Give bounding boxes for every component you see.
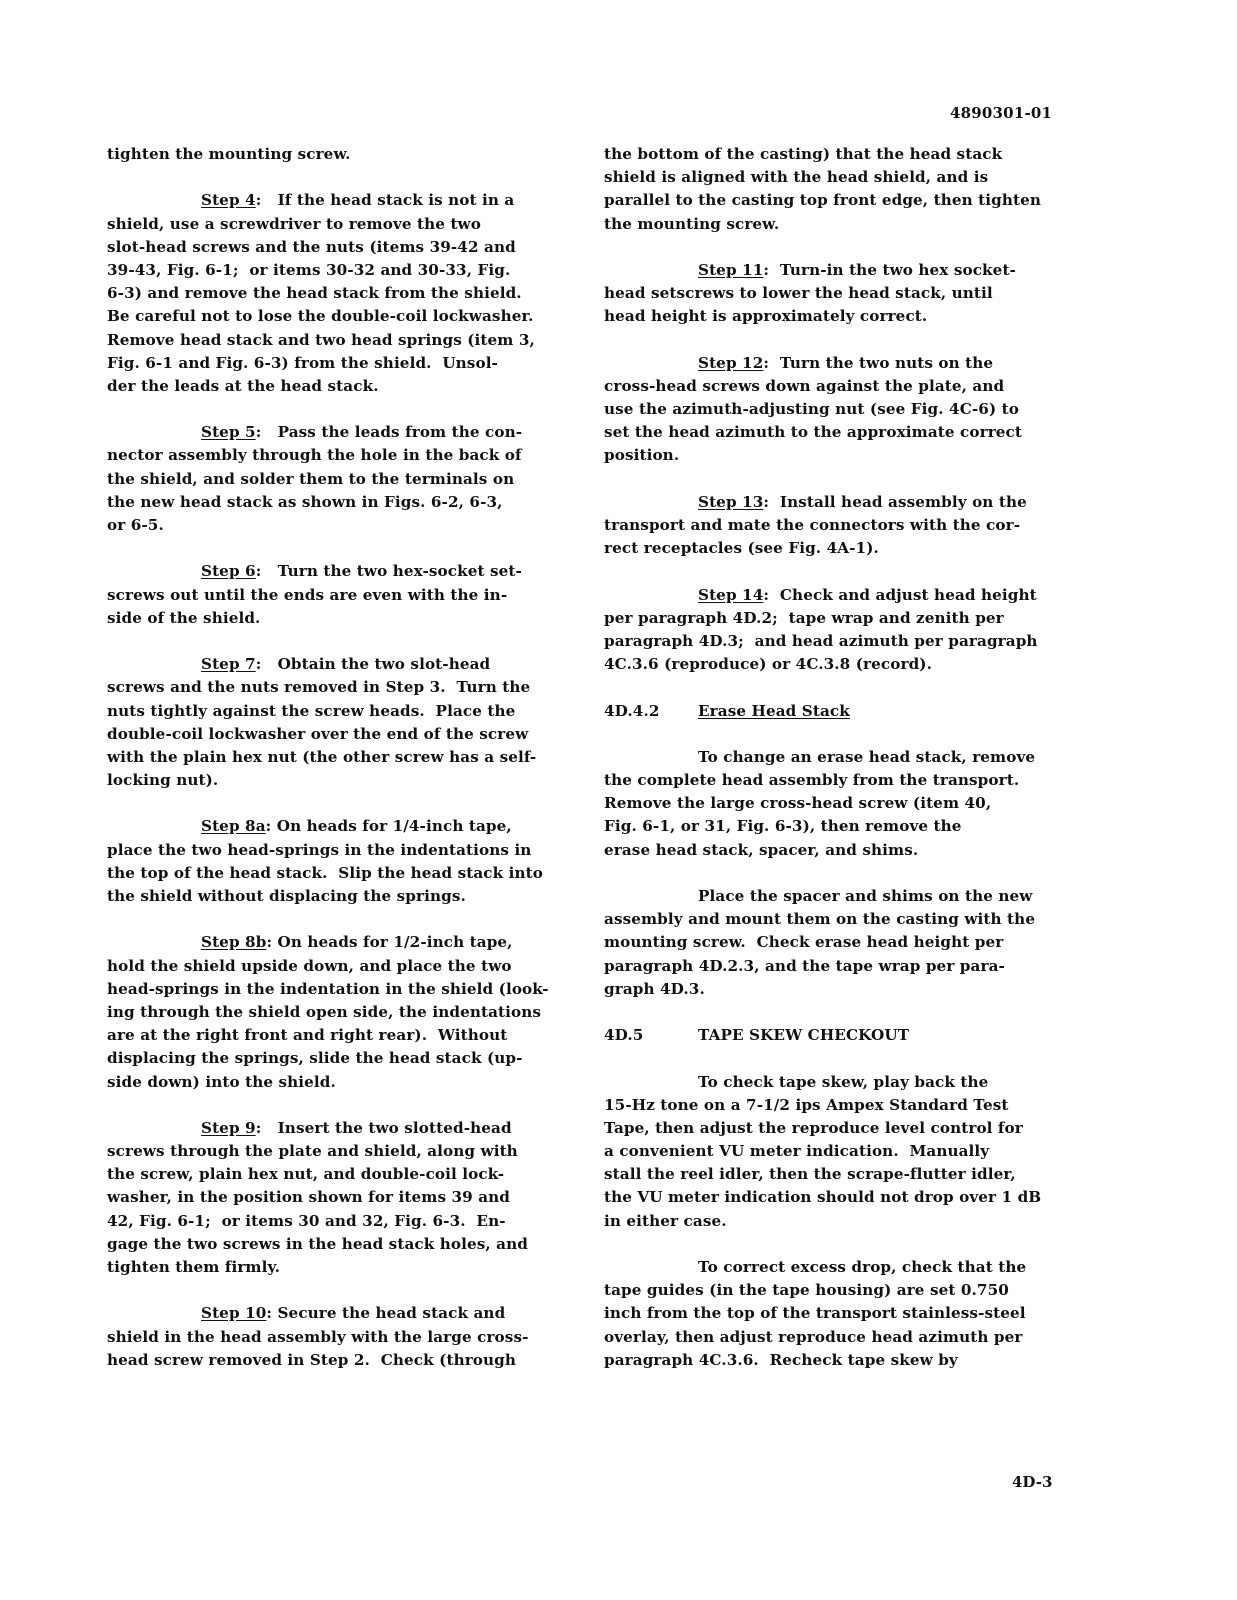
text-line: screws out until the ends are even with … <box>107 584 577 607</box>
text-line: Step 8a: On heads for 1/4-inch tape, <box>107 815 577 838</box>
step-label: Step 4 <box>201 191 256 209</box>
paragraph-gap <box>604 329 1064 352</box>
step-label: Step 6 <box>201 562 256 580</box>
text-line: the screw, plain hex nut, and double-coi… <box>107 1163 577 1186</box>
paragraph-gap <box>107 630 577 653</box>
text-line: To change an erase head stack, remove <box>604 746 1064 769</box>
paragraph-gap <box>107 537 577 560</box>
text-line: use the azimuth-adjusting nut (see Fig. … <box>604 398 1064 421</box>
step-label: Step 7 <box>201 655 256 673</box>
text-run: Place the spacer and shims on the new <box>698 887 1032 905</box>
paragraph: Step 12: Turn the two nuts on thecross-h… <box>604 352 1064 468</box>
step-label: Step 11 <box>698 261 763 279</box>
text-run: To check tape skew, play back the <box>698 1073 988 1091</box>
paragraph-gap <box>107 792 577 815</box>
text-line: To correct excess drop, check that the <box>604 1256 1064 1279</box>
text-run: : Install head assembly on the <box>763 493 1026 511</box>
text-line: inch from the top of the transport stain… <box>604 1302 1064 1325</box>
step-label: Step 12 <box>698 354 763 372</box>
paragraph: Step 5: Pass the leads from the con-nect… <box>107 421 577 537</box>
left-column: tighten the mounting screw.Step 4: If th… <box>107 143 577 1372</box>
step-label: Step 8a <box>201 817 266 835</box>
paragraph: Step 4: If the head stack is not in ashi… <box>107 189 577 398</box>
paragraph: To correct excess drop, check that theta… <box>604 1256 1064 1372</box>
text-line: side of the shield. <box>107 607 577 630</box>
text-line: locking nut). <box>107 769 577 792</box>
text-line: the mounting screw. <box>604 213 1064 236</box>
paragraph-gap <box>604 862 1064 885</box>
text-line: Tape, then adjust the reproduce level co… <box>604 1117 1064 1140</box>
section-number: 4D.5 <box>604 1024 698 1047</box>
step-label: Step 13 <box>698 493 763 511</box>
step-label: Step 14 <box>698 586 763 604</box>
text-line: per paragraph 4D.2; tape wrap and zenith… <box>604 607 1064 630</box>
text-line: head setscrews to lower the head stack, … <box>604 282 1064 305</box>
text-line: or 6-5. <box>107 514 577 537</box>
text-line: stall the reel idler, then the scrape-fl… <box>604 1163 1064 1186</box>
text-run: : Obtain the two slot-head <box>256 655 491 673</box>
text-run: : Turn the two nuts on the <box>763 354 993 372</box>
text-line: the top of the head stack. Slip the head… <box>107 862 577 885</box>
section-title: Erase Head Stack <box>698 702 850 720</box>
paragraph: tighten the mounting screw. <box>107 143 577 166</box>
section-heading: 4D.5TAPE SKEW CHECKOUT <box>604 1024 1064 1047</box>
paragraph: the bottom of the casting) that the head… <box>604 143 1064 236</box>
text-line: nector assembly through the hole in the … <box>107 444 577 467</box>
text-line: tape guides (in the tape housing) are se… <box>604 1279 1064 1302</box>
paragraph-gap <box>604 468 1064 491</box>
text-line: Place the spacer and shims on the new <box>604 885 1064 908</box>
step-label: Step 5 <box>201 423 256 441</box>
paragraph-gap <box>107 166 577 189</box>
section-heading: 4D.4.2Erase Head Stack <box>604 700 1064 723</box>
text-run: : Pass the leads from the con- <box>256 423 522 441</box>
text-line: double-coil lockwasher over the end of t… <box>107 723 577 746</box>
paragraph-gap <box>604 1233 1064 1256</box>
heading-line: 4D.4.2Erase Head Stack <box>604 700 1064 723</box>
text-line: tighten the mounting screw. <box>107 143 577 166</box>
text-line: Remove head stack and two head springs (… <box>107 329 577 352</box>
paragraph-gap <box>107 398 577 421</box>
text-line: gage the two screws in the head stack ho… <box>107 1233 577 1256</box>
text-line: 4C.3.6 (reproduce) or 4C.3.8 (record). <box>604 653 1064 676</box>
paragraph: To change an erase head stack, removethe… <box>604 746 1064 862</box>
text-line: Step 9: Insert the two slotted-head <box>107 1117 577 1140</box>
text-line: the bottom of the casting) that the head… <box>604 143 1064 166</box>
paragraph-gap <box>107 1094 577 1117</box>
text-line: the new head stack as shown in Figs. 6-2… <box>107 491 577 514</box>
text-line: head screw removed in Step 2. Check (thr… <box>107 1349 577 1372</box>
page-number: 4D-3 <box>1012 1473 1052 1491</box>
text-line: Step 6: Turn the two hex-socket set- <box>107 560 577 583</box>
text-line: shield is aligned with the head shield, … <box>604 166 1064 189</box>
text-line: 15-Hz tone on a 7-1/2 ips Ampex Standard… <box>604 1094 1064 1117</box>
text-line: overlay, then adjust reproduce head azim… <box>604 1326 1064 1349</box>
text-line: ing through the shield open side, the in… <box>107 1001 577 1024</box>
text-line: Step 7: Obtain the two slot-head <box>107 653 577 676</box>
paragraph: Step 14: Check and adjust head heightper… <box>604 584 1064 677</box>
text-line: slot-head screws and the nuts (items 39-… <box>107 236 577 259</box>
text-line: the VU meter indication should not drop … <box>604 1186 1064 1209</box>
text-line: side down) into the shield. <box>107 1071 577 1094</box>
text-line: the shield without displacing the spring… <box>107 885 577 908</box>
step-label: Step 9 <box>201 1119 256 1137</box>
text-line: cross-head screws down against the plate… <box>604 375 1064 398</box>
text-line: Step 14: Check and adjust head height <box>604 584 1064 607</box>
text-run: : Turn-in the two hex socket- <box>763 261 1016 279</box>
text-line: Step 13: Install head assembly on the <box>604 491 1064 514</box>
text-line: head height is approximately correct. <box>604 305 1064 328</box>
text-run: : Insert the two slotted-head <box>256 1119 512 1137</box>
text-line: assembly and mount them on the casting w… <box>604 908 1064 931</box>
text-run: : Secure the head stack and <box>266 1304 505 1322</box>
paragraph: Step 11: Turn-in the two hex socket-head… <box>604 259 1064 329</box>
text-line: hold the shield upside down, and place t… <box>107 955 577 978</box>
step-label: Step 10 <box>201 1304 266 1322</box>
paragraph-gap <box>604 723 1064 746</box>
paragraph-gap <box>604 1001 1064 1024</box>
text-line: tighten them firmly. <box>107 1256 577 1279</box>
text-line: 6-3) and remove the head stack from the … <box>107 282 577 305</box>
text-line: position. <box>604 444 1064 467</box>
text-line: with the plain hex nut (the other screw … <box>107 746 577 769</box>
text-line: Step 12: Turn the two nuts on the <box>604 352 1064 375</box>
text-line: shield in the head assembly with the lar… <box>107 1326 577 1349</box>
text-line: Step 10: Secure the head stack and <box>107 1302 577 1325</box>
text-line: paragraph 4D.3; and head azimuth per par… <box>604 630 1064 653</box>
text-line: parallel to the casting top front edge, … <box>604 189 1064 212</box>
text-line: set the head azimuth to the approximate … <box>604 421 1064 444</box>
text-line: displacing the springs, slide the head s… <box>107 1047 577 1070</box>
text-line: erase head stack, spacer, and shims. <box>604 839 1064 862</box>
text-line: paragraph 4D.2.3, and the tape wrap per … <box>604 955 1064 978</box>
text-line: the complete head assembly from the tran… <box>604 769 1064 792</box>
text-line: in either case. <box>604 1210 1064 1233</box>
text-line: To check tape skew, play back the <box>604 1071 1064 1094</box>
text-line: 42, Fig. 6-1; or items 30 and 32, Fig. 6… <box>107 1210 577 1233</box>
step-label: Step 8b <box>201 933 266 951</box>
text-line: Step 4: If the head stack is not in a <box>107 189 577 212</box>
text-line: transport and mate the connectors with t… <box>604 514 1064 537</box>
text-run: To correct excess drop, check that the <box>698 1258 1026 1276</box>
paragraph: Place the spacer and shims on the newass… <box>604 885 1064 1001</box>
text-line: 39-43, Fig. 6-1; or items 30-32 and 30-3… <box>107 259 577 282</box>
paragraph-gap <box>604 560 1064 583</box>
right-column: the bottom of the casting) that the head… <box>604 143 1064 1372</box>
text-line: screws and the nuts removed in Step 3. T… <box>107 676 577 699</box>
paragraph: Step 13: Install head assembly on thetra… <box>604 491 1064 561</box>
text-line: Step 11: Turn-in the two hex socket- <box>604 259 1064 282</box>
text-line: Step 8b: On heads for 1/2-inch tape, <box>107 931 577 954</box>
paragraph-gap <box>107 908 577 931</box>
paragraph: Step 7: Obtain the two slot-headscrews a… <box>107 653 577 792</box>
text-line: screws through the plate and shield, alo… <box>107 1140 577 1163</box>
text-line: are at the right front and right rear). … <box>107 1024 577 1047</box>
text-line: mounting screw. Check erase head height … <box>604 931 1064 954</box>
document-number: 4890301-01 <box>950 104 1052 122</box>
paragraph: Step 8a: On heads for 1/4-inch tape,plac… <box>107 815 577 908</box>
paragraph-gap <box>604 676 1064 699</box>
paragraph: Step 9: Insert the two slotted-headscrew… <box>107 1117 577 1279</box>
paragraph-gap <box>604 236 1064 259</box>
paragraph-gap <box>107 1279 577 1302</box>
text-run: : Turn the two hex-socket set- <box>256 562 522 580</box>
text-line: shield, use a screwdriver to remove the … <box>107 213 577 236</box>
paragraph: Step 6: Turn the two hex-socket set-scre… <box>107 560 577 630</box>
section-title: TAPE SKEW CHECKOUT <box>698 1026 909 1044</box>
text-line: nuts tightly against the screw heads. Pl… <box>107 700 577 723</box>
text-line: paragraph 4C.3.6. Recheck tape skew by <box>604 1349 1064 1372</box>
text-line: Be careful not to lose the double-coil l… <box>107 305 577 328</box>
heading-line: 4D.5TAPE SKEW CHECKOUT <box>604 1024 1064 1047</box>
paragraph: To check tape skew, play back the15-Hz t… <box>604 1071 1064 1233</box>
text-line: Fig. 6-1 and Fig. 6-3) from the shield. … <box>107 352 577 375</box>
text-line: rect receptacles (see Fig. 4A-1). <box>604 537 1064 560</box>
text-line: graph 4D.3. <box>604 978 1064 1001</box>
text-line: the shield, and solder them to the termi… <box>107 468 577 491</box>
section-number: 4D.4.2 <box>604 700 698 723</box>
text-line: head-springs in the indentation in the s… <box>107 978 577 1001</box>
text-line: a convenient VU meter indication. Manual… <box>604 1140 1064 1163</box>
text-line: washer, in the position shown for items … <box>107 1186 577 1209</box>
text-run: : On heads for 1/2-inch tape, <box>266 933 512 951</box>
text-run: : On heads for 1/4-inch tape, <box>266 817 512 835</box>
paragraph: Step 8b: On heads for 1/2-inch tape,hold… <box>107 931 577 1093</box>
text-line: der the leads at the head stack. <box>107 375 577 398</box>
paragraph: Step 10: Secure the head stack andshield… <box>107 1302 577 1372</box>
text-run: : Check and adjust head height <box>763 586 1036 604</box>
text-line: Fig. 6-1, or 31, Fig. 6-3), then remove … <box>604 815 1064 838</box>
text-line: Step 5: Pass the leads from the con- <box>107 421 577 444</box>
text-run: To change an erase head stack, remove <box>698 748 1035 766</box>
text-run: : If the head stack is not in a <box>256 191 515 209</box>
paragraph-gap <box>604 1047 1064 1070</box>
text-line: place the two head-springs in the indent… <box>107 839 577 862</box>
text-line: Remove the large cross-head screw (item … <box>604 792 1064 815</box>
